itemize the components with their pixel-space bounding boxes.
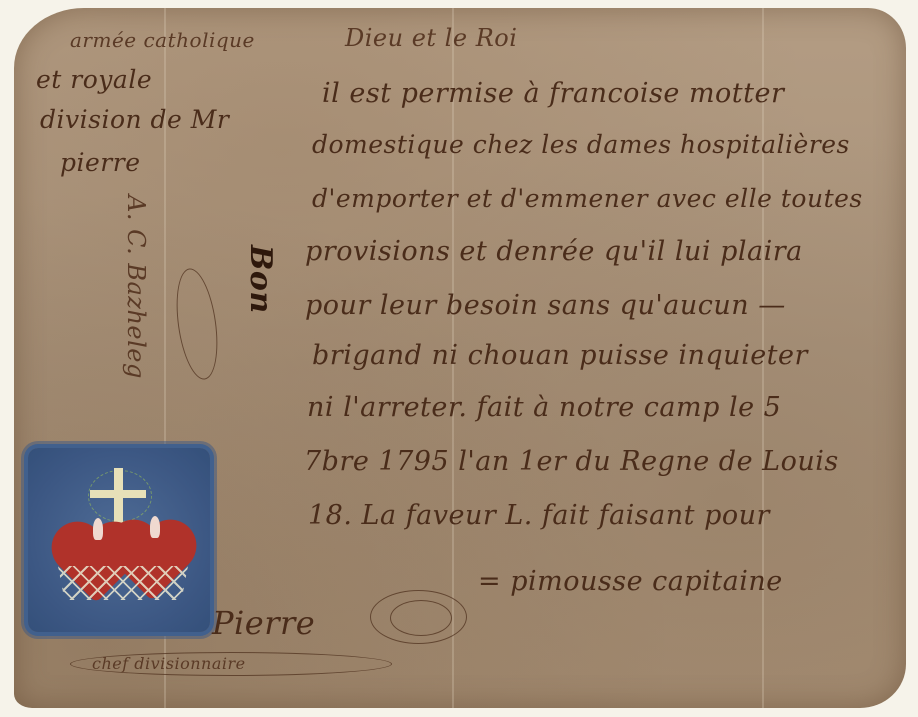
- body-line: brigand ni chouan puisse inquieter: [312, 340, 808, 371]
- body-line: ni l'arreter. fait à notre camp le 5: [307, 392, 781, 423]
- paraphe-icon: [390, 600, 452, 636]
- body-line: 18. La faveur L. fait faisant pour: [308, 500, 770, 531]
- crown-of-thorns-icon: [58, 566, 188, 600]
- body-line: domestique chez les dames hospitalières: [312, 130, 850, 159]
- motto: Dieu et le Roi: [345, 24, 517, 52]
- header-left-line: division de Mr: [40, 105, 229, 134]
- flame-icon: [150, 516, 160, 538]
- flame-icon: [93, 518, 103, 540]
- margin-signature-bon: Bon: [243, 245, 278, 314]
- body-line: d'emporter et d'emmener avec elle toutes: [312, 184, 863, 213]
- footer-signature: Pierre: [212, 604, 315, 642]
- header-left-line: pierre: [60, 148, 141, 177]
- body-line: provisions et denrée qu'il lui plaira: [305, 236, 803, 267]
- embroidered-patch: [28, 448, 210, 632]
- closing-signature: = pimousse capitaine: [478, 566, 783, 597]
- margin-signature-left: A. C. Bazheleg: [122, 195, 150, 379]
- body-line: 7bre 1795 l'an 1er du Regne de Louis: [304, 446, 839, 477]
- footer-subscript: chef divisionnaire: [92, 654, 246, 673]
- body-line: pour leur besoin sans qu'aucun —: [305, 290, 786, 321]
- header-left-line: et royale: [36, 65, 152, 94]
- cross-icon: [90, 490, 146, 498]
- body-line: il est permise à francoise motter: [322, 78, 784, 109]
- header-left-line: armée catholique: [70, 28, 255, 52]
